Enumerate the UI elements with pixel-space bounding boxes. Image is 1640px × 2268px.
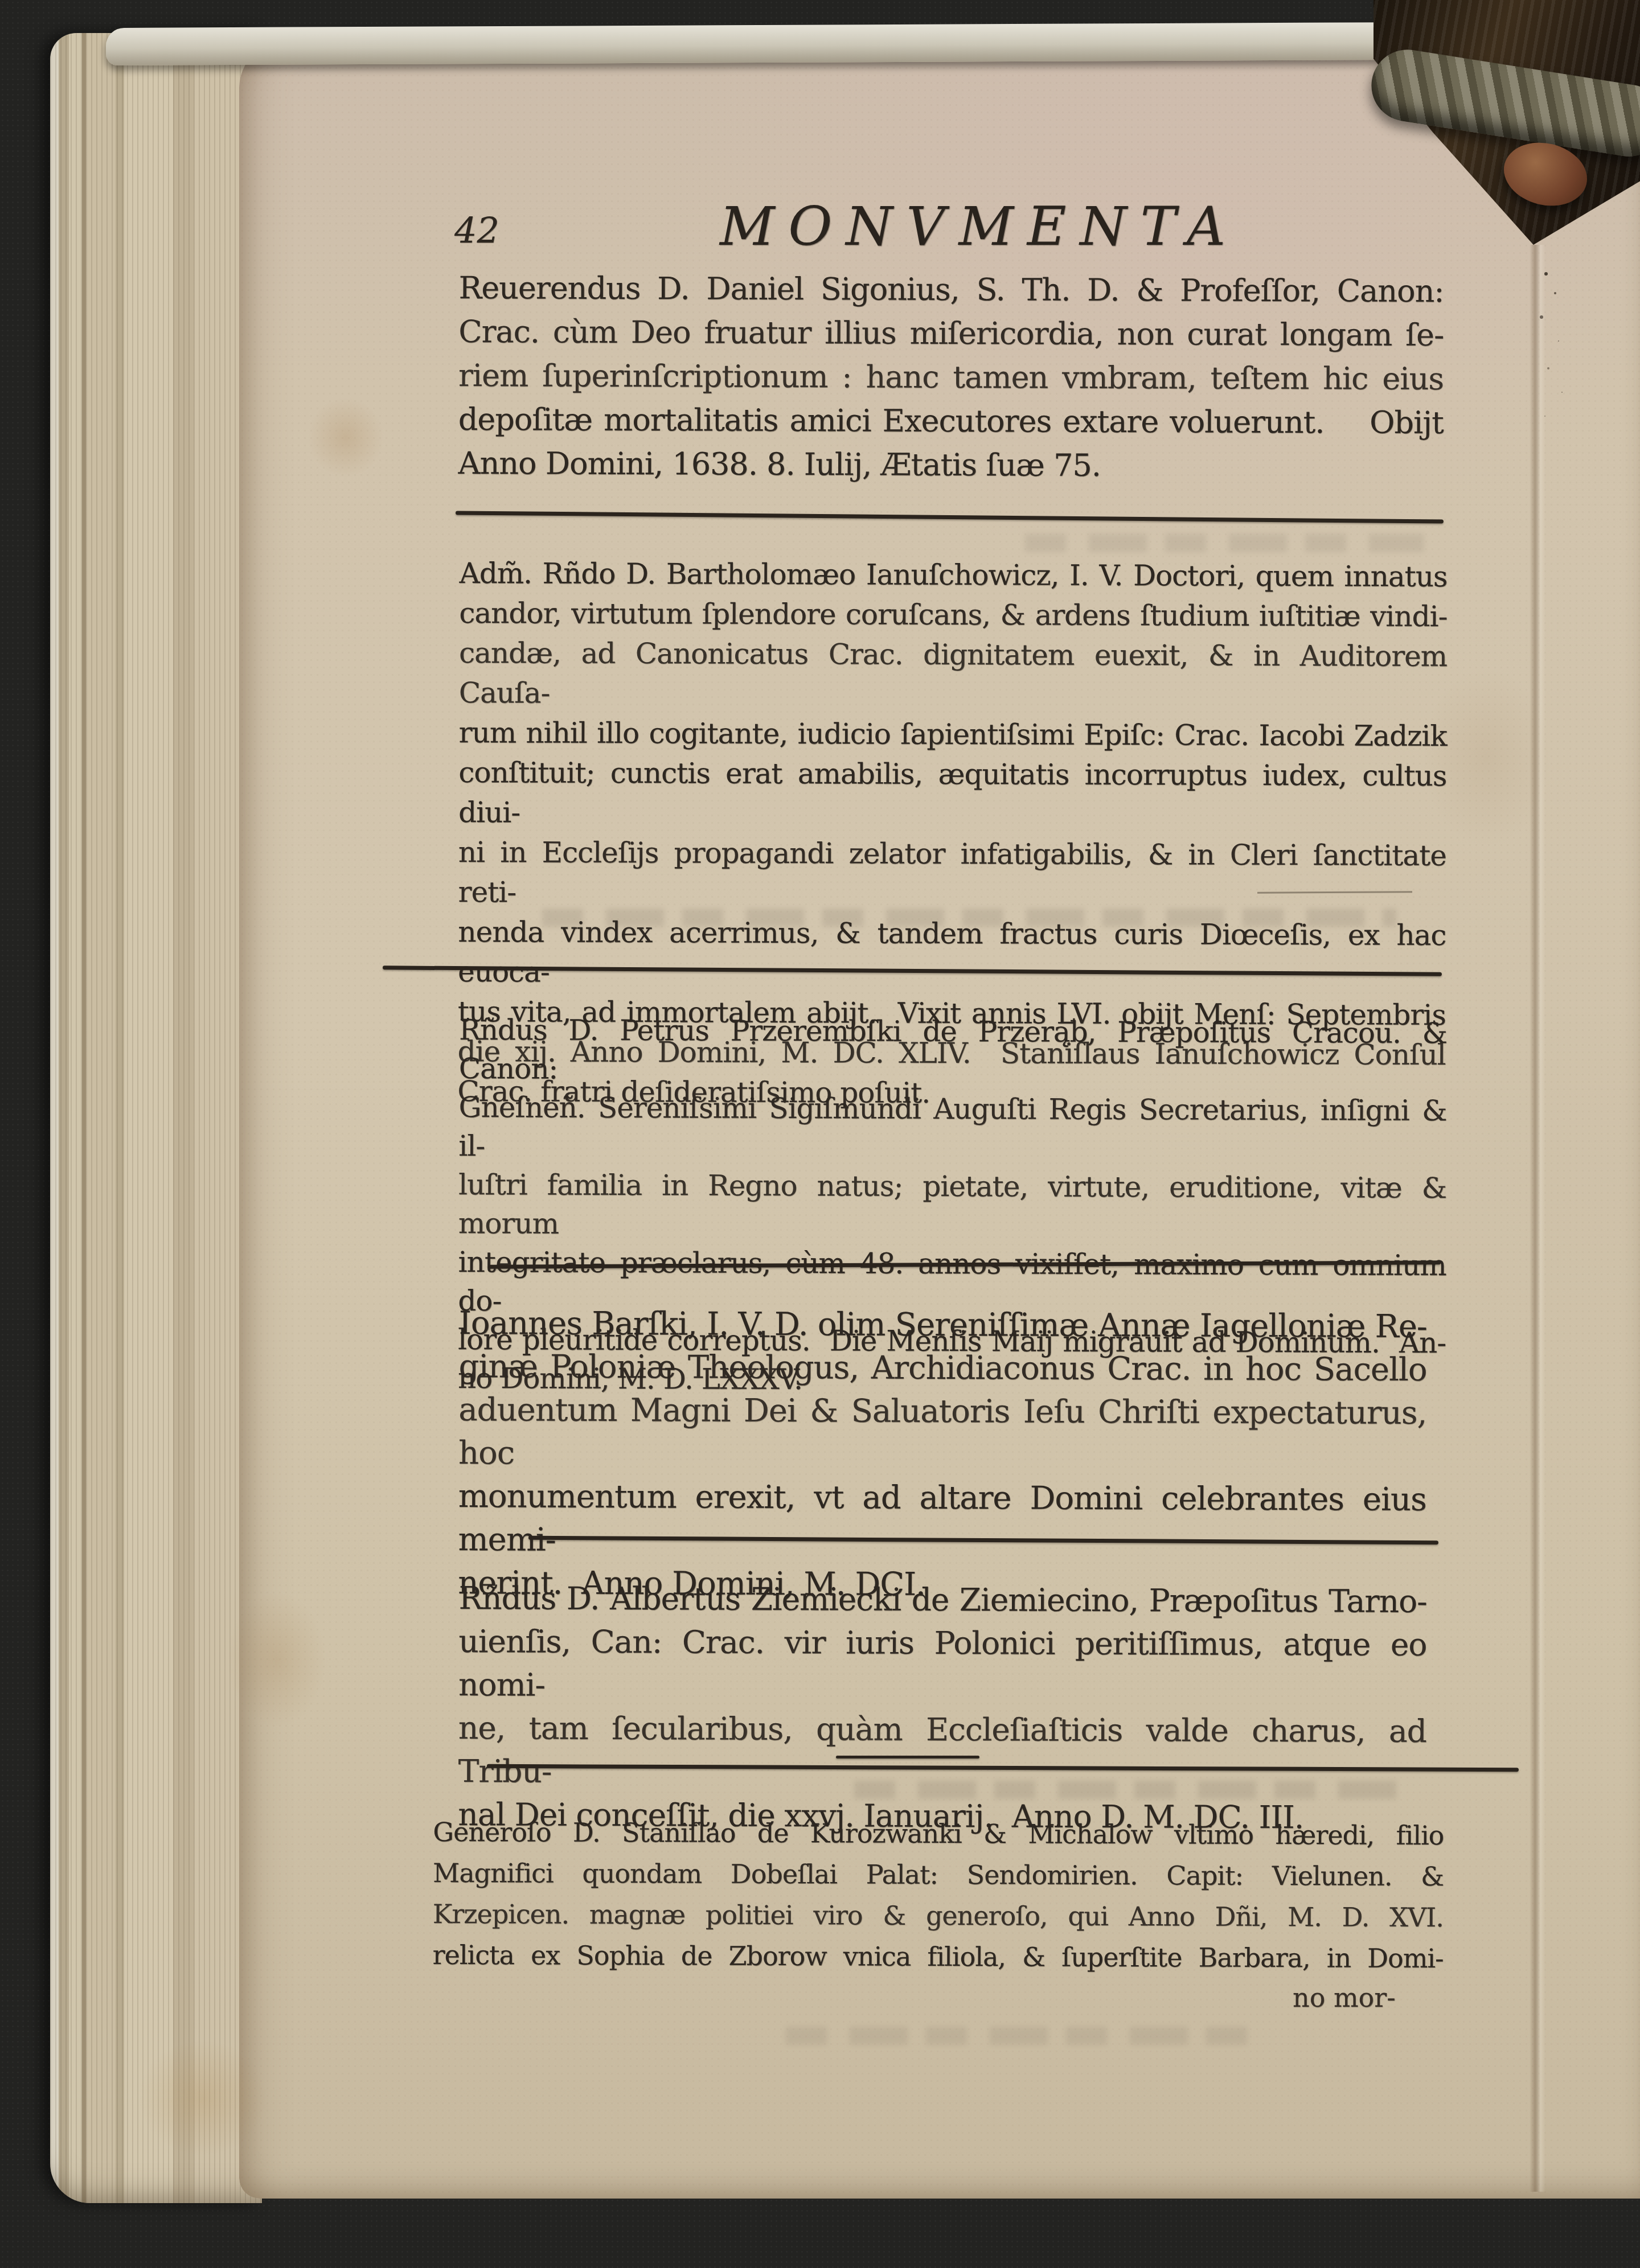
text-line: rum nihil illo cogitante, iudicio ſapien… xyxy=(458,713,1446,756)
fore-edge-page-stack xyxy=(50,33,262,2203)
entry-ziemiecki: Rñdus D. Albertus Ziemiecki de Ziemiecin… xyxy=(458,1576,1427,1839)
text-line: monumentum erexit, vt ad altare Domini c… xyxy=(458,1475,1426,1565)
text-line: candor, virtutum ſplendore coruſcans, & … xyxy=(459,593,1447,636)
vellum-cover-edge xyxy=(106,22,1416,65)
text-line: aduentum Magni Dei & Saluatoris Ieſu Chr… xyxy=(458,1388,1427,1478)
divider-rule-dash xyxy=(836,1756,979,1758)
folio-number: 42 xyxy=(454,209,499,251)
entry-sigonius: Reuerendus D. Daniel Sigonius, S. Th. D.… xyxy=(458,266,1444,488)
text-line: Krzepicen. magnæ politiei viro & generoſ… xyxy=(433,1893,1444,1938)
running-title: MONVMENTA xyxy=(717,196,1241,258)
text-line: Ioannes Barſki, I. V. D. olim Sereniſſim… xyxy=(459,1302,1427,1349)
text-line: riem ſuperinſcriptionum : hanc tamen vmb… xyxy=(458,354,1444,401)
ink-speckles xyxy=(1544,272,1548,276)
text-line: Adm̃. Rñdo D. Bartholomæo Ianuſchowicz, … xyxy=(459,553,1447,597)
text-line: uienſis, Can: Crac. vir iuris Polonici p… xyxy=(458,1620,1427,1710)
text-line: relicta ex Sophia de Zborow vnica filiol… xyxy=(433,1934,1444,1979)
catchword: no mor- xyxy=(1293,1982,1396,2013)
text-line: Magnifici quondam Dobeſlai Palat: Sendom… xyxy=(433,1852,1444,1897)
text-line: Anno Domini, 1638. 8. Iulij, Ætatis ſuæ … xyxy=(458,441,1443,488)
text-line: luſtri familia in Regno natus; pietate, … xyxy=(458,1165,1446,1246)
text-line: Generoſo D. Staniſlao de Kurozwanki & Mi… xyxy=(433,1811,1444,1856)
text-line: ne, tam ſecularibus, quàm Eccleſiaſticis… xyxy=(458,1706,1426,1796)
text-line: nenda vindex acerrimus, & tandem fractus… xyxy=(458,912,1446,995)
text-line: depoſitæ mortalitatis amici Executores e… xyxy=(458,397,1444,445)
book-scan: 42 MONVMENTA Reuerendus D. Daniel Sigoni… xyxy=(0,0,1640,2268)
text-line: Rñdus D. Petrus Przerembſki de Przerąb, … xyxy=(459,1010,1447,1091)
entry-kurozwanki: Generoſo D. Staniſlao de Kurozwanki & Mi… xyxy=(433,1811,1444,1979)
text-line: Gneſneñ. Sereniſsimi Sigiſmundi Auguſti … xyxy=(458,1088,1446,1169)
text-line: ginæ Poloniæ Theologus, Archidiaconus Cr… xyxy=(458,1345,1426,1392)
entry-barski: Ioannes Barſki, I. V. D. olim Sereniſſim… xyxy=(458,1302,1427,1608)
text-line: Reuerendus D. Daniel Sigonius, S. Th. D.… xyxy=(458,266,1444,313)
text-line: Crac. cùm Deo fruatur illius miſericordi… xyxy=(458,310,1444,357)
text-line: candæ, ad Canonicatus Crac. dignitatem e… xyxy=(459,633,1447,716)
text-line: Rñdus D. Albertus Ziemiecki de Ziemiecin… xyxy=(459,1576,1427,1623)
page-fold-crease xyxy=(1526,245,1545,2192)
text-line: conſtituit; cunctis erat amabilis, æquit… xyxy=(458,753,1446,836)
text-line: ni in Eccleſijs propagandi zelator infat… xyxy=(458,832,1446,915)
